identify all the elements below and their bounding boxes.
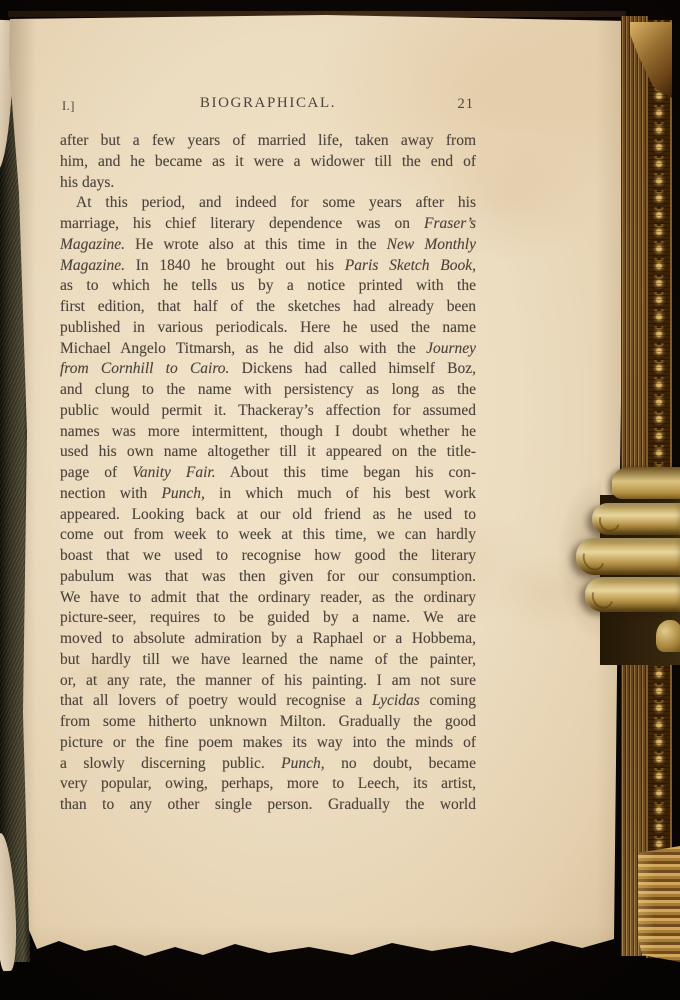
italic-text-segment: from Cornhill to Cairo. (60, 360, 229, 377)
text-line: him, and he became as it were a widower … (60, 152, 476, 173)
text-line: names was more intermittent, though I do… (60, 422, 476, 443)
text-segment: About this time began his con- (216, 464, 476, 481)
text-segment: We have to admit that the ordinary reade… (60, 589, 476, 606)
clasp-finger (592, 503, 680, 535)
text-segment: He wrote also at this time in the (125, 236, 387, 253)
text-line: Magazine. He wrote also at this time in … (60, 235, 476, 256)
italic-text-segment: Journey (426, 340, 476, 357)
text-line: published in various periodicals. Here h… (60, 318, 476, 339)
italic-text-segment: New Monthly (387, 236, 476, 253)
text-segment: after but a few years of married life, t… (60, 132, 476, 149)
text-segment: Michael Angelo Titmarsh, as he did also … (60, 340, 426, 357)
text-segment: in which much of his best work (205, 485, 476, 502)
text-line: Magazine. In 1840 he brought out his Par… (60, 256, 476, 277)
text-line: picture-seer, requires to be guided by a… (60, 608, 476, 629)
text-line: nection with Punch, in which much of his… (60, 484, 476, 505)
text-segment: no doubt, became (325, 755, 476, 772)
text-line: a slowly discerning public. Punch, no do… (60, 754, 476, 775)
text-line: public would permit it. Thackeray’s affe… (60, 401, 476, 422)
text-segment: than to any other single person. Gradual… (60, 796, 476, 813)
text-segment: In 1840 he brought out his (125, 257, 345, 274)
text-line: page of Vanity Fair. About this time beg… (60, 463, 476, 484)
fingernail (588, 581, 617, 611)
text-segment: picture-seer, requires to be guided by a… (60, 609, 476, 626)
italic-text-segment: Fraser’s (424, 215, 476, 232)
text-segment: nection with (60, 485, 161, 502)
text-segment: picture or the fine poem makes its way i… (60, 734, 476, 751)
brass-hand-clasp (556, 450, 680, 665)
text-line: but hardly till we have learned the name… (60, 650, 476, 671)
page-number: 21 (458, 96, 475, 113)
text-segment: pabulum was that was then given for our … (60, 568, 476, 585)
text-line: after but a few years of married life, t… (60, 131, 476, 152)
fingernail (595, 507, 623, 536)
italic-text-segment: Lycidas (372, 692, 420, 709)
text-line: boast that we used to recognise how good… (60, 546, 476, 567)
text-segment: come out from week to week at this time,… (60, 526, 476, 543)
text-line: that all lovers of poetry would recognis… (60, 691, 476, 712)
page-header: I.] BIOGRAPHICAL. 21 (60, 95, 476, 117)
text-line: come out from week to week at this time,… (60, 525, 476, 546)
text-segment: coming (420, 692, 476, 709)
text-line: or, at any rate, the manner of his paint… (60, 671, 476, 692)
italic-text-segment: Vanity Fair. (132, 464, 215, 481)
text-line: appeared. Looking back at our old friend… (60, 505, 476, 526)
text-line: Michael Angelo Titmarsh, as he did also … (60, 339, 476, 360)
book-page: I.] BIOGRAPHICAL. 21 after but a few yea… (6, 13, 630, 965)
text-segment: Dickens had called himself Boz, (229, 360, 476, 377)
running-title: BIOGRAPHICAL. (60, 95, 476, 112)
text-line: picture or the fine poem makes its way i… (60, 733, 476, 754)
text-segment: names was more intermittent, though I do… (60, 423, 476, 440)
text-segment: published in various periodicals. Here h… (60, 319, 476, 336)
clasp-finger (576, 538, 680, 575)
text-line: from some hitherto unknown Milton. Gradu… (60, 712, 476, 733)
clasp-hand-edge (612, 467, 680, 499)
text-line: At this period, and indeed for some year… (60, 193, 476, 214)
text-segment: from some hitherto unknown Milton. Gradu… (60, 713, 476, 730)
italic-text-segment: Punch, (161, 485, 204, 502)
text-segment: his days. (60, 174, 114, 191)
italic-text-segment: Magazine. (60, 236, 125, 253)
text-segment: appeared. Looking back at our old friend… (60, 506, 476, 523)
text-segment: or, at any rate, the manner of his paint… (60, 672, 476, 689)
text-line: We have to admit that the ordinary reade… (60, 588, 476, 609)
text-line: used his own name altogether till it app… (60, 442, 476, 463)
text-segment: page of (60, 464, 132, 481)
text-line: moved to absolute admiration by a Raphae… (60, 629, 476, 650)
text-segment: moved to absolute admiration by a Raphae… (60, 630, 476, 647)
text-line: marriage, his chief literary dependence … (60, 214, 476, 235)
clasp-knuckle (656, 620, 680, 652)
text-segment: and clung to the name with persistency a… (60, 381, 476, 398)
text-segment: used his own name altogether till it app… (60, 443, 476, 460)
italic-text-segment: Punch, (281, 755, 324, 772)
text-segment: that all lovers of poetry would recognis… (60, 692, 372, 709)
text-segment: him, and he became as it were a widower … (60, 153, 476, 170)
clasp-finger (585, 577, 680, 612)
italic-text-segment: Paris Sketch Book (345, 257, 472, 274)
text-segment: first edition, that half of the sketches… (60, 298, 476, 315)
text-line: and clung to the name with persistency a… (60, 380, 476, 401)
text-segment: boast that we used to recognise how good… (60, 547, 476, 564)
book-photograph: I.] BIOGRAPHICAL. 21 after but a few yea… (0, 0, 680, 1000)
page-text: after but a few years of married life, t… (60, 131, 476, 816)
text-line: as to which he tells us by a notice prin… (60, 276, 476, 297)
text-segment: but hardly till we have learned the name… (60, 651, 476, 668)
text-segment: , (472, 257, 476, 274)
text-line: very popular, owing, perhaps, more to Le… (60, 774, 476, 795)
text-segment: very popular, owing, perhaps, more to Le… (60, 775, 476, 792)
text-segment: as to which he tells us by a notice prin… (60, 277, 476, 294)
text-segment: At this period, and indeed for some year… (76, 194, 476, 211)
text-line: first edition, that half of the sketches… (60, 297, 476, 318)
text-segment: a slowly discerning public. (60, 755, 281, 772)
text-line: from Cornhill to Cairo. Dickens had call… (60, 359, 476, 380)
text-line: pabulum was that was then given for our … (60, 567, 476, 588)
text-segment: public would permit it. Thackeray’s affe… (60, 402, 476, 419)
text-line: than to any other single person. Gradual… (60, 795, 476, 816)
text-segment: marriage, his chief literary dependence … (60, 215, 424, 232)
text-line: his days. (60, 173, 476, 194)
fingernail (579, 543, 608, 574)
bottom-shadow (6, 925, 630, 965)
gilt-corner-bottom (638, 846, 680, 962)
italic-text-segment: Magazine. (60, 257, 125, 274)
